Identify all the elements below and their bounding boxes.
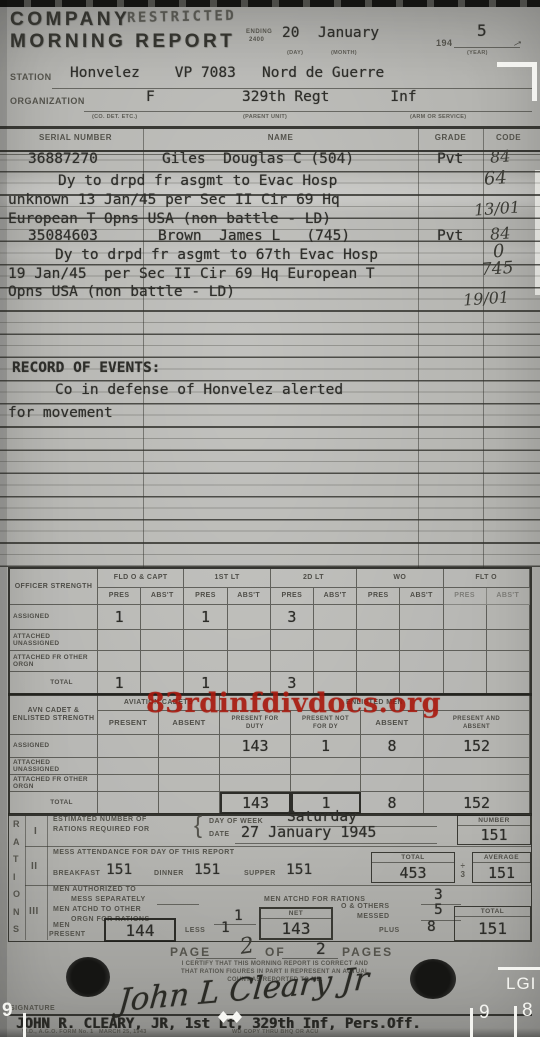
officer-cell [141,605,184,630]
average-box: AVERAGE 151 [472,852,531,883]
rations-row2-numeral: II [31,861,38,872]
number-value: 151 [480,826,507,844]
others-label2: MESSED [357,913,390,920]
enlisted-cell [220,775,291,792]
enlisted-cell [98,775,159,792]
enlisted-cell [159,775,220,792]
organization-label: ORGANIZATION [10,96,85,106]
certification-line1: I CERTIFY THAT THIS MORNING REPORT IS CO… [130,960,420,968]
year-caption: (YEAR) [467,50,488,56]
number-label: NUMBER [458,816,530,826]
entry1-remark-line1: Dy to drpd fr asgmt to Evac Hosp [58,173,337,189]
enlisted-cell [424,775,530,792]
page-label: PAGE [170,945,211,959]
rations-row1-numeral: I [34,826,37,837]
officer-cell [357,605,400,630]
officer-cell [487,630,530,651]
men-present-box: 144 [104,918,176,942]
men-authorized-label1: MEN AUTHORIZED TO [53,886,136,893]
officer-cell [314,630,357,651]
film-tick-right1 [470,1008,473,1037]
entry1-code-handwritten2: 64 [483,167,507,190]
others-value: 5 [434,902,443,918]
film-edge-strip [0,0,540,7]
officer-cell [357,651,400,672]
year-prefix: 194 [436,38,453,48]
enlisted-cell [98,758,159,775]
mess-separately-rule [157,904,199,905]
entry2-code-handwritten3: 745 [480,258,514,280]
entry1-remark-line3: European T Opns USA (non battle - LD) [8,211,331,227]
officer-cell [228,651,271,672]
enlisted-cell [424,758,530,775]
org-caption-co: (CO. DET. ETC.) [92,114,137,120]
punch-hole-right [410,959,456,999]
plus-value: 8 [427,919,436,935]
net-label: NET [261,909,331,919]
officer-sub-abs: ABS'T [141,588,184,605]
officer-cell [141,630,184,651]
rations-estimated-label2: RATIONS REQUIRED FOR [53,826,150,833]
punch-hole-left [66,957,110,997]
officer-sub-abs: ABS'T [314,588,357,605]
mess-attendance-label: MESS ATTENDANCE FOR DAY OF THIS REPORT [53,849,235,856]
date-label: DATE [209,831,230,838]
enlisted-cell [98,735,159,758]
entry1-code-handwritten: 84 [489,146,511,166]
officer-group-wo: WO [357,569,443,588]
restricted-stamp: RESTRICTED [127,8,237,26]
enlisted-cell [291,758,361,775]
ending-label: ENDING [246,29,272,35]
officer-cell: 3 [271,605,314,630]
signature-label: SIGNATURE [10,1005,55,1012]
entry2-name: Brown James L (745) [158,228,350,244]
enlisted-cell [98,792,159,814]
rations-estimated-label1: ESTIMATED NUMBER OF [53,816,147,823]
officer-group-1stlt: 1ST LT [184,569,270,588]
film-frame-number-right: 9 [479,1002,490,1024]
enlisted-cell [159,735,220,758]
average-value: 151 [488,863,515,882]
morning-report-scan: COMPANY RESTRICTED MORNING REPORT ENDING… [0,0,540,1037]
enlisted-cell [159,758,220,775]
enlisted-row-label: ASSIGNED [10,735,98,758]
year-arrow-mark: → [507,32,526,51]
film-corner-bracket [497,62,537,101]
date-month-value: January [318,25,379,41]
enlisted-cell: 8 [361,792,424,814]
roster-divider-grade [418,128,419,568]
rations-total-box: TOTAL 151 [454,906,531,941]
officer-cell [400,651,443,672]
number-box: NUMBER 151 [457,815,531,845]
website-watermark: 83rdinfdivdocs.org [146,688,441,719]
enlisted-cell: 152 [424,792,530,814]
entry2-remark-line1: Dy to drpd fr asgmt to 67th Evac Hosp [55,247,378,263]
officer-row-label: ASSIGNED [10,605,98,630]
date-year-value: 5 [477,21,487,40]
enlisted-cell: 1 [291,735,361,758]
form-title-company: COMPANY [10,9,130,31]
dinner-label: DINNER [154,870,184,877]
film-frame-number-left: 9 [2,1000,13,1022]
film-white-line [498,967,540,970]
rations-divider [25,814,26,940]
page-rule [282,958,338,959]
supper-value: 151 [286,862,312,878]
average-label: AVERAGE [473,853,530,863]
officer-cell: 1 [98,672,141,694]
enlisted-strength-title: AVN CADET & ENLISTED STRENGTH [10,695,98,735]
page-rule [196,958,256,959]
entry1-code-handwritten3: 13/01 [473,197,520,219]
rations-date-rule [235,843,437,844]
roster-col-name: NAME [143,133,418,142]
entry2-serial: 35084603 [28,228,98,244]
enlisted-cell [159,792,220,814]
less-value: 1 [221,920,230,936]
enlisted-cell [361,775,424,792]
film-tick-left [23,1013,26,1037]
film-tick-right2 [514,1006,517,1037]
officer-cell [314,605,357,630]
station-label: STATION [10,72,52,82]
officer-cell [487,672,530,694]
officer-row-label: ATTACHED UNASSIGNED [10,630,98,651]
dinner-value: 151 [194,862,220,878]
net-box: NET 143 [259,907,333,940]
record-of-events-line2: for movement [8,405,113,421]
atchd-other-label1: MEN ATCHD TO OTHER [53,906,141,913]
rations-section: R A T I O N S I II III ESTIMATED NUMBER … [8,813,532,942]
officer-sub-abs: ABS'T [487,588,530,605]
enlisted-cell [291,775,361,792]
officer-cell [228,630,271,651]
rations-row3-numeral: III [29,906,39,917]
atchd-other-value: 1 [234,908,243,924]
mess-total-value: 453 [399,863,426,882]
entry1-serial: 36887270 [28,151,98,167]
organization-value: F 329th Regt Inf [146,89,417,105]
men-authorized-label2: MESS SEPARATELY [71,896,146,903]
officer-cell [228,605,271,630]
officer-group-2dlt: 2D LT [271,569,357,588]
officer-cell [98,630,141,651]
enlisted-cell: 143 [220,735,291,758]
officer-cell [444,651,487,672]
officer-cell [141,651,184,672]
officer-sub-abs: ABS'T [228,588,271,605]
officer-cell [444,672,487,694]
record-of-events-line1: Co in defense of Honvelez alerted [55,382,343,398]
officer-strength-title: OFFICER STRENGTH [10,569,98,605]
enlisted-row-label: ATTACHED UNASSIGNED [10,758,98,775]
enlisted-cell: 152 [424,735,530,758]
plus-label: PLUS [379,927,400,934]
officer-sub-pres: PRES [98,588,141,605]
officer-row-label: ATTACHED FR OTHER ORGN [10,651,98,672]
officer-cell [271,630,314,651]
mess-total-box: TOTAL 453 [371,852,455,883]
film-corner-text: LGI [506,974,536,994]
supper-label: SUPPER [244,870,276,877]
officer-row-label: TOTAL [10,672,98,694]
rations-divider [47,814,48,940]
roster-col-grade: GRADE [418,133,483,142]
year-rule [454,47,520,48]
officer-cell [487,605,530,630]
rations-total-label: TOTAL [455,907,530,917]
breakfast-label: BREAKFAST [53,870,100,877]
station-value: Honvelez VP 7083 Nord de Guerre [70,65,384,81]
day-caption: (DAY) [287,50,303,56]
men-present-label1: MEN [53,922,70,929]
entry1-name: Giles Douglas C (504) [162,151,354,167]
organization-rule [84,111,532,112]
net-value: 143 [282,919,311,938]
officer-cell [184,630,227,651]
entry2-remark-line3: Opns USA (non battle - LD) [8,284,235,300]
officer-cell [184,651,227,672]
roster-col-serial: SERIAL NUMBER [8,133,143,142]
officer-cell: 1 [98,605,141,630]
officer-group-flto: FLT O [444,569,530,588]
pages-total: 2 [316,939,326,958]
officer-cell [314,651,357,672]
pages-label: PAGES [342,945,393,959]
mess-total-label: TOTAL [372,853,454,863]
officer-strength-table: OFFICER STRENGTH FLD O & CAPT 1ST LT 2D … [8,567,532,696]
month-caption: (MONTH) [331,50,357,56]
enlisted-cell [220,758,291,775]
enlisted-row-label: TOTAL [10,792,98,814]
rations-brace: { [194,812,203,840]
divide-by-three: ÷ 3 [457,861,469,879]
enlisted-row-label: ATTACHED FR OTHER ORGN [10,775,98,792]
less-label: LESS [185,927,205,934]
officer-cell [98,651,141,672]
officer-cell [400,630,443,651]
officer-cell [271,651,314,672]
officer-group-fldo: FLD O & CAPT [98,569,184,588]
of-label: OF [265,945,286,959]
roster-divider-code [483,128,484,568]
officer-sub-pres: PRES [357,588,400,605]
officer-sub-pres: PRES [271,588,314,605]
org-caption-arm: (ARM OR SERVICE) [410,114,466,120]
section-rule [0,126,540,129]
entry2-remark-line2: 19 Jan/45 per Sec II Cir 69 Hq European … [8,266,375,282]
breakfast-value: 151 [106,862,132,878]
bottom-edge-shadow [0,1028,540,1037]
record-of-events-label: RECORD OF EVENTS: [12,360,160,376]
officer-cell [357,630,400,651]
men-present-value: 144 [126,921,155,940]
officer-cell [444,605,487,630]
enlisted-cell: 8 [361,735,424,758]
others-label1: O & OTHERS [341,903,390,910]
enlisted-cell-boxed: 143 [220,792,291,814]
officer-cell: 1 [184,605,227,630]
entry2-grade: Pvt [437,228,463,244]
film-frame-number-far-right: 8 [522,1000,533,1022]
org-caption-parent: (PARENT UNIT) [243,114,287,120]
men-atchd-rations-value: 3 [434,887,443,903]
enlisted-cell [361,758,424,775]
entry2-code-handwritten4: 19/01 [462,287,509,309]
officer-cell [487,651,530,672]
officer-sub-abs: ABS'T [400,588,443,605]
entry1-remark-line2: unknown 13 Jan/45 per Sec II Cir 69 Hq [8,192,340,208]
rations-vertical-letters: R A T I O N S [13,816,23,939]
form-title-morning-report: MORNING REPORT [10,31,235,53]
rations-total-value: 151 [478,917,507,940]
men-present-label2: PRESENT [49,931,86,938]
date-day-value: 20 [282,25,299,41]
officer-cell [400,605,443,630]
ending-time-label: 2400 [249,37,264,43]
men-atchd-rations-label: MEN ATCHD FOR RATIONS [264,896,365,903]
officer-sub-pres: PRES [184,588,227,605]
rations-row-rule [25,846,531,847]
officer-cell [444,630,487,651]
entry1-grade: Pvt [437,151,463,167]
roster-col-code: CODE [483,133,534,142]
rations-date-value: 27 January 1945 [241,823,376,841]
officer-sub-pres: PRES [444,588,487,605]
